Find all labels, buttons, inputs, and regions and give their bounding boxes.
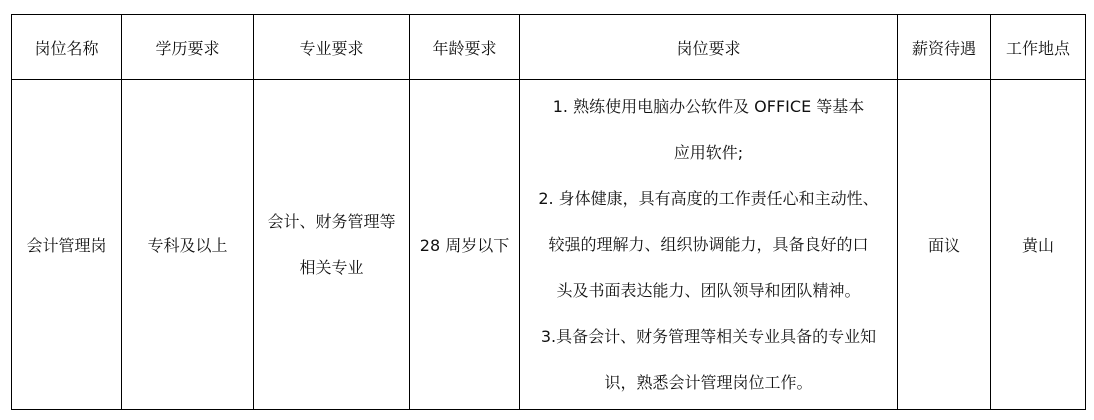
cell-major: 会计、财务管理等 相关专业 — [254, 80, 410, 410]
cell-age: 28 周岁以下 — [410, 80, 520, 410]
header-position-name: 岗位名称 — [12, 15, 122, 80]
header-row: 岗位名称 学历要求 专业要求 年龄要求 岗位要求 薪资待遇 工作地点 — [12, 15, 1086, 80]
header-job-requirements: 岗位要求 — [520, 15, 898, 80]
header-education: 学历要求 — [122, 15, 254, 80]
cell-education: 专科及以上 — [122, 80, 254, 410]
table-row: 会计管理岗 专科及以上 会计、财务管理等 相关专业 28 周岁以下 1. 熟练使… — [12, 80, 1086, 410]
header-salary: 薪资待遇 — [898, 15, 991, 80]
requirement-line: 较强的理解力、组织协调能力，具备良好的口 — [520, 222, 897, 268]
requirement-line: 1. 熟练使用电脑办公软件及 OFFICE 等基本 — [520, 84, 897, 130]
header-major: 专业要求 — [254, 15, 410, 80]
header-location: 工作地点 — [991, 15, 1086, 80]
requirement-line: 应用软件; — [520, 130, 897, 176]
cell-salary: 面议 — [898, 80, 991, 410]
job-requirements-table: 岗位名称 学历要求 专业要求 年龄要求 岗位要求 薪资待遇 工作地点 会计管理岗… — [11, 14, 1086, 410]
requirement-line: 2. 身体健康，具有高度的工作责任心和主动性、 — [520, 176, 897, 222]
requirement-line: 识，熟悉会计管理岗位工作。 — [520, 360, 897, 406]
major-line: 会计、财务管理等 — [254, 199, 409, 245]
cell-position-name: 会计管理岗 — [12, 80, 122, 410]
requirement-line: 头及书面表达能力、团队领导和团队精神。 — [520, 268, 897, 314]
cell-location: 黄山 — [991, 80, 1086, 410]
header-age: 年龄要求 — [410, 15, 520, 80]
cell-job-requirements: 1. 熟练使用电脑办公软件及 OFFICE 等基本 应用软件; 2. 身体健康，… — [520, 80, 898, 410]
requirement-line: 3.具备会计、财务管理等相关专业具备的专业知 — [520, 314, 897, 360]
major-line: 相关专业 — [254, 245, 409, 291]
